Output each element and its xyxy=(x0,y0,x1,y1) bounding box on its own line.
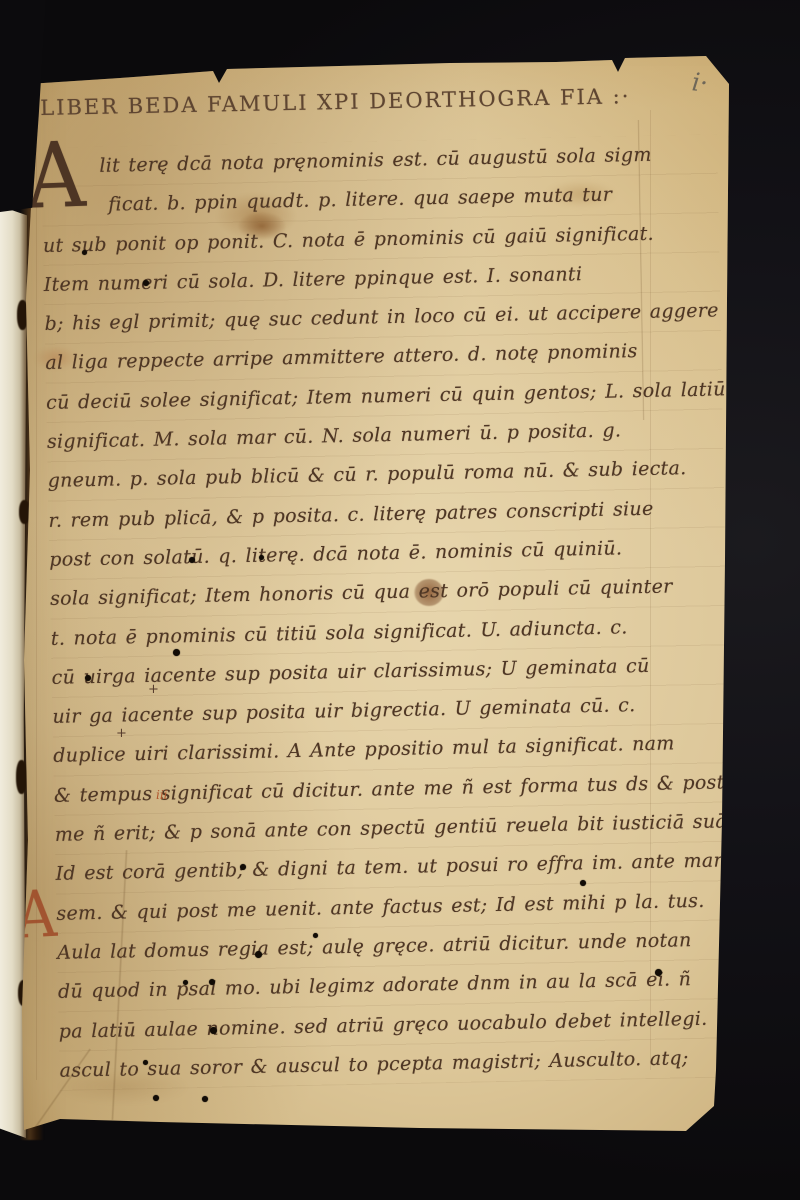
wormhole-spot xyxy=(313,933,318,938)
wormhole-spot xyxy=(85,675,91,681)
wormhole-spot xyxy=(259,555,264,560)
wormhole-spot xyxy=(255,951,262,958)
binding-knot xyxy=(19,500,30,524)
wormhole-spot xyxy=(153,1095,159,1101)
wormhole-spot xyxy=(210,1027,217,1034)
body-lines: lit terę dcā nota pręnominis est. cū aug… xyxy=(41,134,736,1091)
photo-backdrop: i· LIBER BEDA FAMULI XPI DEORTHOGRA FIA … xyxy=(0,0,800,1200)
wormhole-spot xyxy=(202,1096,208,1102)
wormhole-spot xyxy=(240,864,246,870)
wormhole-spot xyxy=(143,280,149,286)
wormhole-spot xyxy=(82,250,87,255)
wormhole-spot xyxy=(183,980,188,985)
wormhole-spot xyxy=(143,1060,148,1065)
wormhole-spot xyxy=(173,649,180,656)
wormhole-spot xyxy=(209,979,215,985)
wormhole-spot xyxy=(580,880,586,886)
insertion-mark: + xyxy=(116,726,127,741)
manuscript-page: i· LIBER BEDA FAMULI XPI DEORTHOGRA FIA … xyxy=(0,0,800,1200)
text-block: LIBER BEDA FAMULI XPI DEORTHOGRA FIA :· … xyxy=(40,82,736,1090)
interlinear-gloss: iii xyxy=(156,788,168,802)
wormhole-spot xyxy=(189,557,195,563)
insertion-mark: + xyxy=(148,682,159,697)
binding-knot xyxy=(16,760,27,794)
wormhole-spot xyxy=(655,969,662,976)
